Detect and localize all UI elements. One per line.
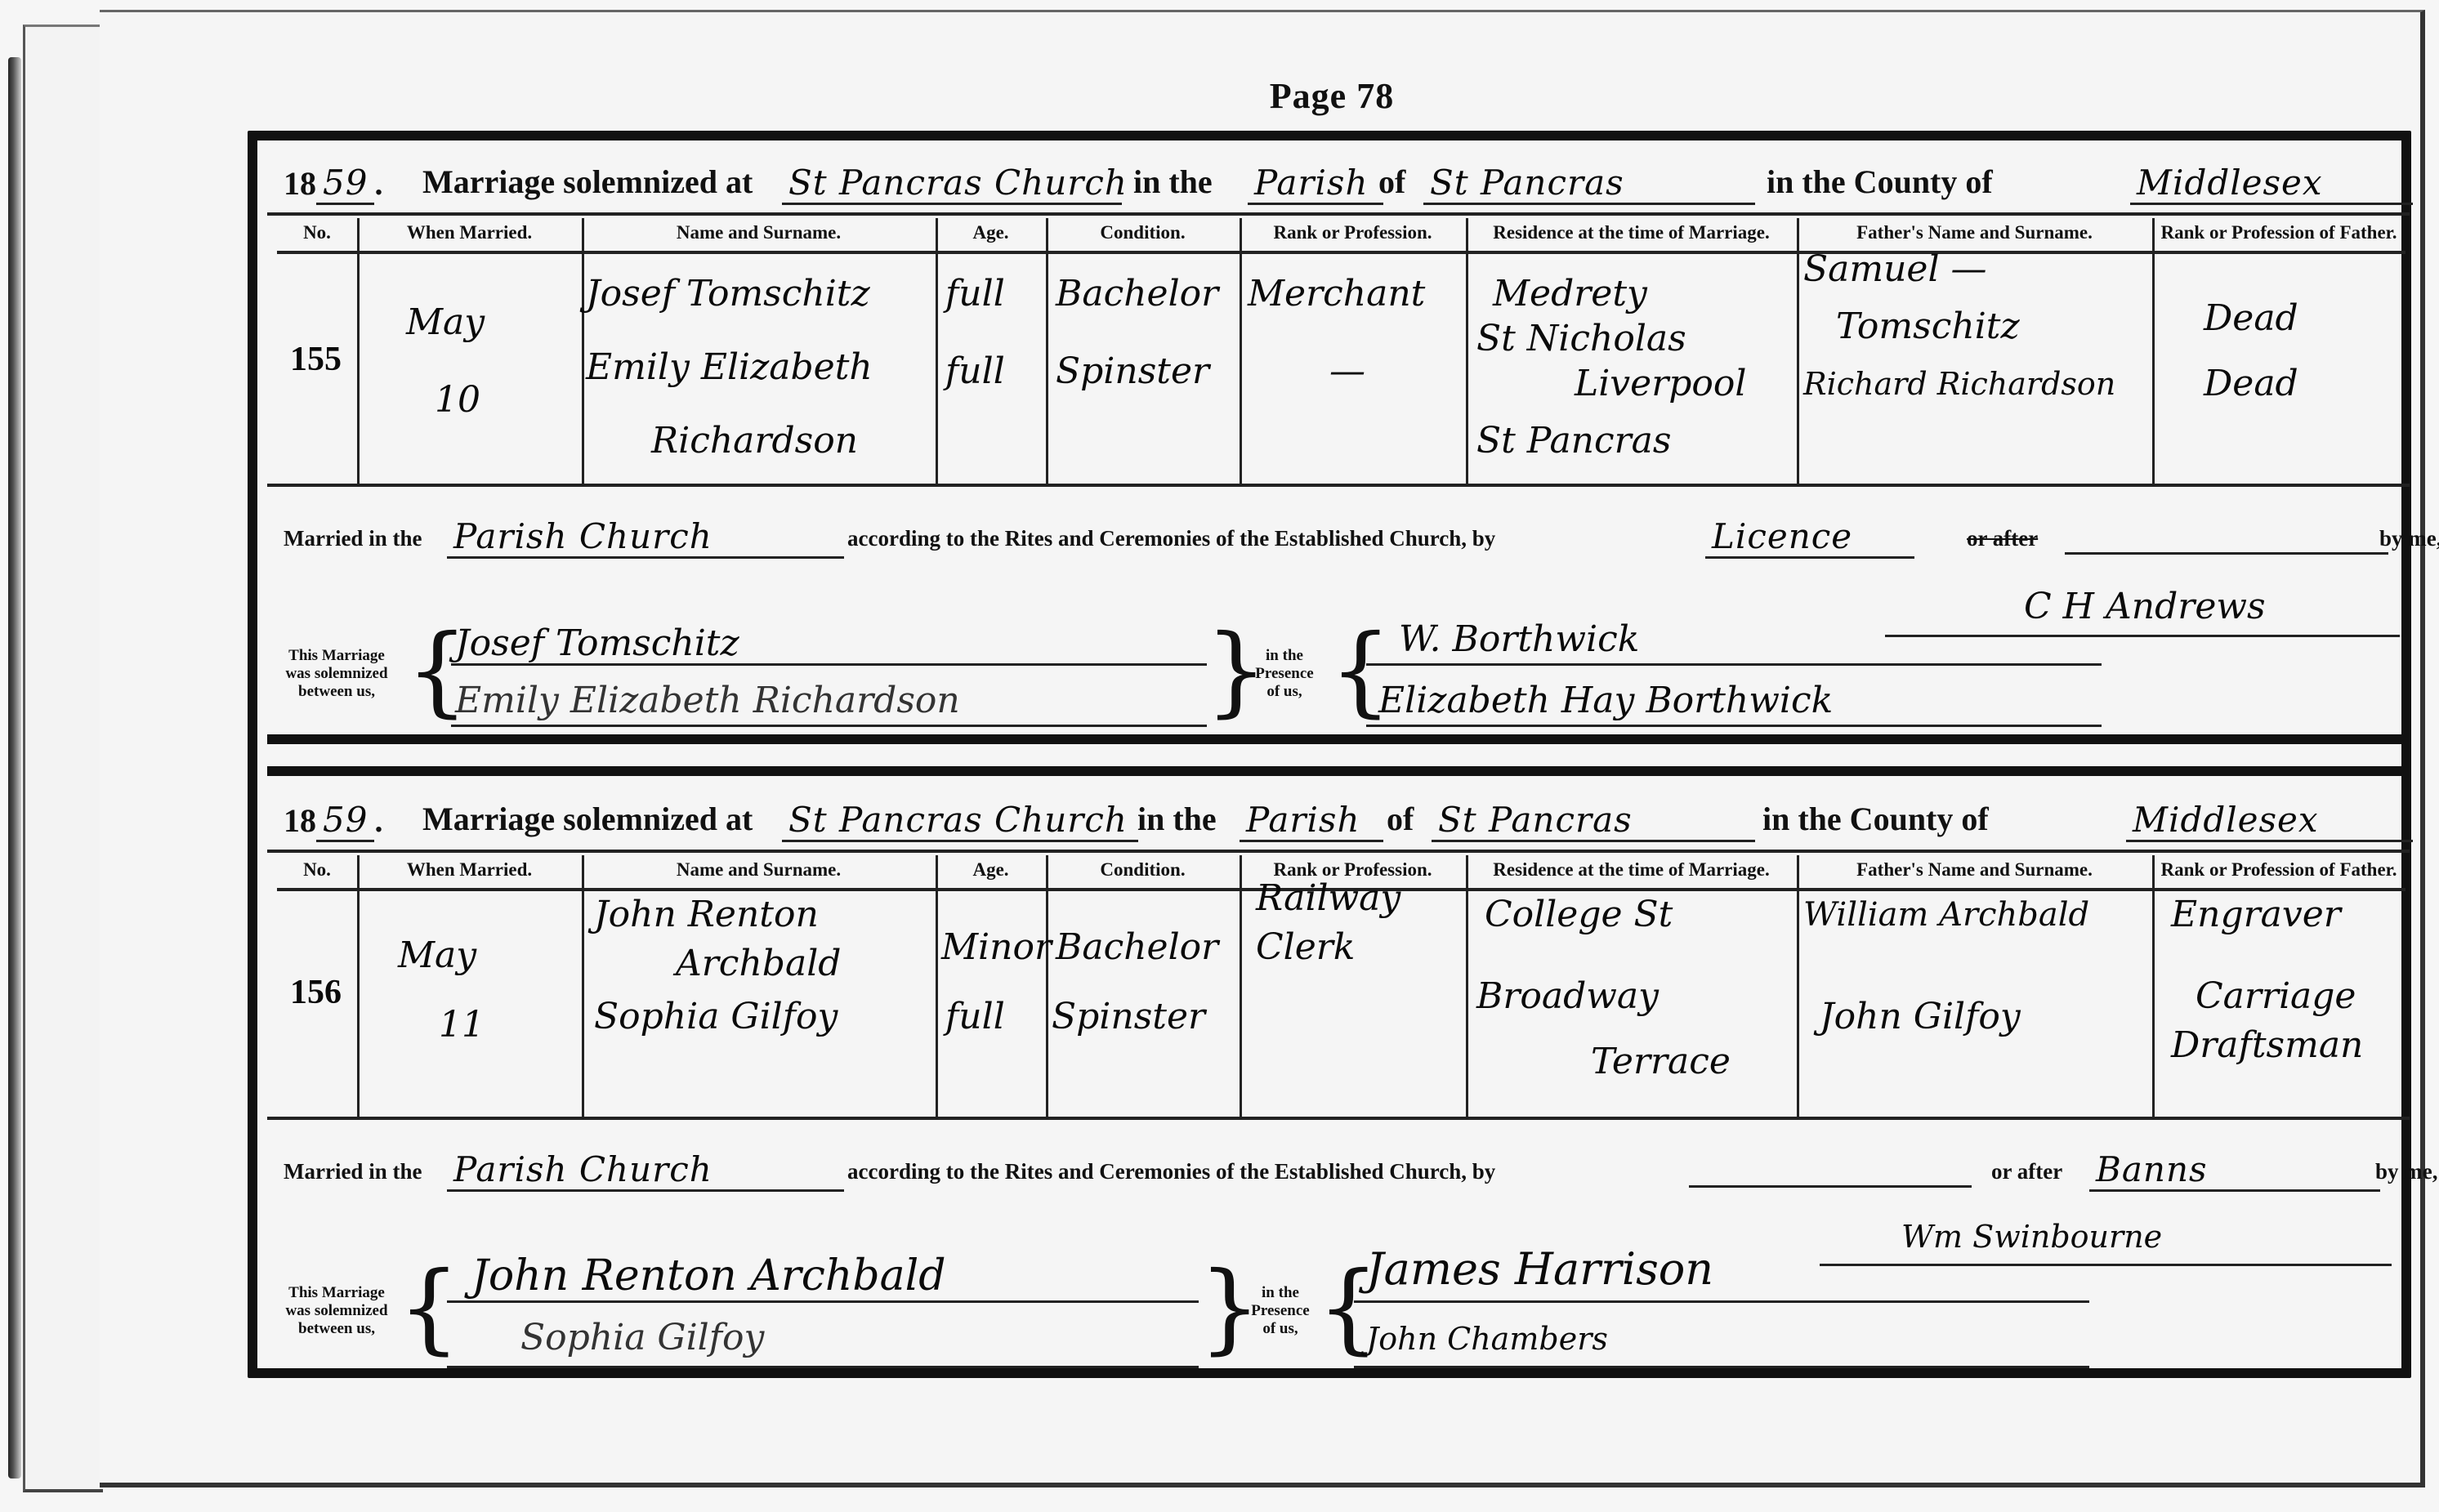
bride-surname: Richardson — [651, 418, 858, 464]
column-divider — [2152, 218, 2155, 484]
witness-line — [1354, 1366, 2089, 1368]
page-fold — [23, 25, 103, 1492]
register-frame: 1859. Marriage solemnized at St Pancras … — [248, 131, 2411, 1378]
groom-residence-1: Medrety — [1493, 271, 1647, 317]
bride-signature: Emily Elizabeth Richardson — [455, 680, 960, 721]
officiant-signature: Wm Swinbourne — [1901, 1219, 2162, 1255]
bride-age: full — [945, 994, 1005, 1040]
signature-line — [447, 1366, 1199, 1368]
bride-father-name: Richard Richardson — [1803, 361, 2115, 407]
groom-father-rank: Engraver — [2171, 892, 2341, 938]
label-or-after-struck: or after — [1967, 526, 2038, 551]
witness-2-signature: Elizabeth Hay Borthwick — [1378, 680, 1833, 721]
witness-1-signature: W. Borthwick — [1399, 618, 1639, 660]
label-according-to: according to the Rites and Ceremonies of… — [847, 526, 1495, 551]
col-header-age: Age. — [936, 855, 1046, 891]
col-header-when-married: When Married. — [357, 855, 582, 891]
witness-line — [1366, 663, 2102, 666]
col-header-residence: Residence at the time of Marriage. — [1466, 855, 1797, 891]
by-value — [1689, 1149, 1972, 1188]
when-married-month: May — [398, 933, 476, 979]
row-rule — [267, 1117, 2410, 1120]
label-county-of: in the County of — [1767, 163, 1993, 201]
bride-father-rank-2: Draftsman — [2171, 1023, 2363, 1068]
column-divider — [582, 855, 584, 1117]
district-type-value: Parish — [1248, 163, 1383, 205]
year: 1859. — [284, 163, 382, 203]
col-header-name: Name and Surname. — [582, 218, 936, 254]
entry-header: 1859. Marriage solemnized at St Pancras … — [284, 790, 2401, 847]
label-in-the: in the — [1133, 163, 1213, 201]
signature-line — [451, 725, 1207, 727]
col-header-no: No. — [277, 855, 357, 891]
groom-residence-3: Liverpool — [1575, 361, 1746, 407]
by-value: Licence — [1705, 516, 1914, 559]
signature-line — [447, 1300, 1199, 1303]
groom-residence-2: St Nicholas — [1476, 316, 1686, 362]
when-married-day: 11 — [439, 1002, 485, 1048]
entry-number: 155 — [290, 337, 342, 382]
column-divider — [357, 855, 360, 1117]
bride-father-rank-1: Carriage — [2196, 974, 2356, 1019]
label-county-of: in the County of — [1762, 800, 1989, 838]
label-according-to: according to the Rites and Ceremonies of… — [847, 1159, 1495, 1184]
label-of: of — [1387, 800, 1414, 838]
label-of: of — [1378, 163, 1405, 201]
column-divider — [936, 218, 938, 484]
witness-1-signature: James Harrison — [1366, 1243, 1713, 1295]
district-value: St Pancras — [1423, 163, 1755, 205]
entry-header: 1859. Marriage solemnized at St Pancras … — [284, 153, 2401, 210]
row-rule — [267, 484, 2410, 487]
label-solemnized-at: Marriage solemnized at — [422, 800, 753, 838]
groom-father-surname: Tomschitz — [1836, 304, 2020, 350]
church-value: St Pancras Church — [782, 163, 1122, 205]
groom-rank: Merchant — [1248, 271, 1425, 317]
groom-name: Josef Tomschitz — [586, 271, 870, 317]
after-value — [2065, 516, 2388, 555]
column-divider — [582, 218, 584, 484]
district-value: St Pancras — [1432, 800, 1755, 842]
married-in-value: Parish Church — [447, 516, 844, 559]
label-solemnized-at: Marriage solemnized at — [422, 163, 753, 201]
signature-line — [451, 663, 1207, 666]
married-in-line: Married in the Parish Church according t… — [284, 516, 2401, 565]
column-divider — [1466, 855, 1468, 1117]
label-this-marriage: This Marriage was solemnized between us, — [275, 1284, 398, 1338]
bride-rank: — — [1329, 349, 1365, 395]
bride-condition: Spinster — [1052, 994, 1205, 1040]
col-header-father-rank: Rank or Profession of Father. — [2152, 218, 2405, 254]
bride-name: Sophia Gilfoy — [594, 994, 838, 1040]
column-divider — [357, 218, 360, 484]
groom-condition: Bachelor — [1056, 271, 1218, 317]
year: 1859. — [284, 800, 382, 840]
column-divider — [1240, 218, 1242, 484]
label-in-the: in the — [1137, 800, 1217, 838]
bride-father-rank: Dead — [2204, 361, 2298, 407]
groom-age: full — [945, 271, 1005, 317]
officiant-signature: C H Andrews — [2024, 586, 2266, 627]
entry-separator-rule — [267, 766, 2410, 776]
county-value: Middlesex — [2126, 800, 2413, 842]
column-divider — [1240, 855, 1242, 1117]
bride-age: full — [945, 349, 1005, 395]
marriage-entry-155: 1859. Marriage solemnized at St Pancras … — [267, 140, 2410, 729]
col-header-no: No. — [277, 218, 357, 254]
label-by-me: by me, — [2379, 526, 2439, 551]
entry-number: 156 — [290, 970, 342, 1015]
page-number: 78 — [1356, 76, 1394, 116]
label-in-presence: in the Presence of us, — [1244, 1284, 1317, 1338]
after-value: Banns — [2089, 1149, 2380, 1192]
entry-separator-rule — [267, 734, 2410, 744]
marriage-entry-156: 1859. Marriage solemnized at St Pancras … — [267, 778, 2410, 1378]
column-divider — [1797, 855, 1799, 1117]
groom-rank-2: Clerk — [1256, 925, 1355, 970]
bride-name: Emily Elizabeth — [586, 345, 873, 390]
col-header-rank: Rank or Profession. — [1240, 218, 1466, 254]
page-label: Page — [1270, 76, 1347, 116]
label-in-presence: in the Presence of us, — [1248, 647, 1321, 701]
county-value: Middlesex — [2130, 163, 2413, 205]
page-title: Page 78 — [1242, 75, 1422, 117]
groom-rank-1: Railway — [1256, 876, 1400, 921]
groom-surname: Archbald — [676, 941, 841, 987]
column-divider — [1046, 218, 1048, 484]
witness-line — [1366, 725, 2102, 727]
officiant-line — [1885, 635, 2400, 637]
bride-father-name: John Gilfoy — [1820, 994, 2021, 1040]
label-married-in: Married in the — [284, 1159, 422, 1184]
header-rule — [267, 850, 2410, 853]
married-in-value: Parish Church — [447, 1149, 844, 1192]
label-married-in: Married in the — [284, 526, 422, 551]
church-value: St Pancras Church — [782, 800, 1138, 842]
col-header-condition: Condition. — [1046, 855, 1240, 891]
col-header-residence: Residence at the time of Marriage. — [1466, 218, 1797, 254]
married-in-line: Married in the Parish Church according t… — [284, 1149, 2401, 1198]
col-header-father-name: Father's Name and Surname. — [1797, 855, 2152, 891]
column-divider — [1466, 218, 1468, 484]
when-married-month: May — [406, 300, 485, 346]
column-divider — [1797, 218, 1799, 484]
district-type-value: Parish — [1240, 800, 1383, 842]
col-header-age: Age. — [936, 218, 1046, 254]
header-rule — [267, 212, 2410, 216]
col-header-when-married: When Married. — [357, 218, 582, 254]
bride-signature: Sophia Gilfoy — [520, 1317, 764, 1358]
groom-name: John Renton — [594, 892, 819, 938]
groom-signature: John Renton Archbald — [471, 1251, 946, 1300]
book-spine-edge — [8, 57, 21, 1479]
residence-3: Terrace — [1591, 1039, 1731, 1085]
label-this-marriage: This Marriage was solemnized between us, — [275, 647, 398, 701]
residence-2: Broadway — [1476, 974, 1659, 1019]
left-brace-icon: { — [398, 1260, 460, 1358]
col-header-father-rank: Rank or Profession of Father. — [2152, 855, 2405, 891]
groom-father-first: Samuel — — [1803, 247, 1987, 292]
witness-line — [1354, 1300, 2089, 1303]
col-header-condition: Condition. — [1046, 218, 1240, 254]
residence-1: College St — [1485, 892, 1673, 938]
col-header-name: Name and Surname. — [582, 855, 936, 891]
groom-age: Minor — [941, 925, 1052, 970]
witness-2-signature: John Chambers — [1366, 1321, 1608, 1357]
officiant-line — [1820, 1264, 2392, 1266]
bride-residence: St Pancras — [1476, 418, 1672, 464]
groom-father-name: William Archbald — [1803, 892, 2089, 938]
when-married-day: 10 — [435, 377, 480, 423]
label-by-me: by me, — [2375, 1159, 2438, 1184]
label-or-after: or after — [1991, 1159, 2062, 1184]
groom-father-rank: Dead — [2204, 296, 2298, 341]
column-divider — [936, 855, 938, 1117]
groom-signature: Josef Tomschitz — [455, 622, 739, 664]
column-divider — [1046, 855, 1048, 1117]
column-divider — [2152, 855, 2155, 1117]
groom-condition: Bachelor — [1056, 925, 1218, 970]
bride-condition: Spinster — [1056, 349, 1209, 395]
